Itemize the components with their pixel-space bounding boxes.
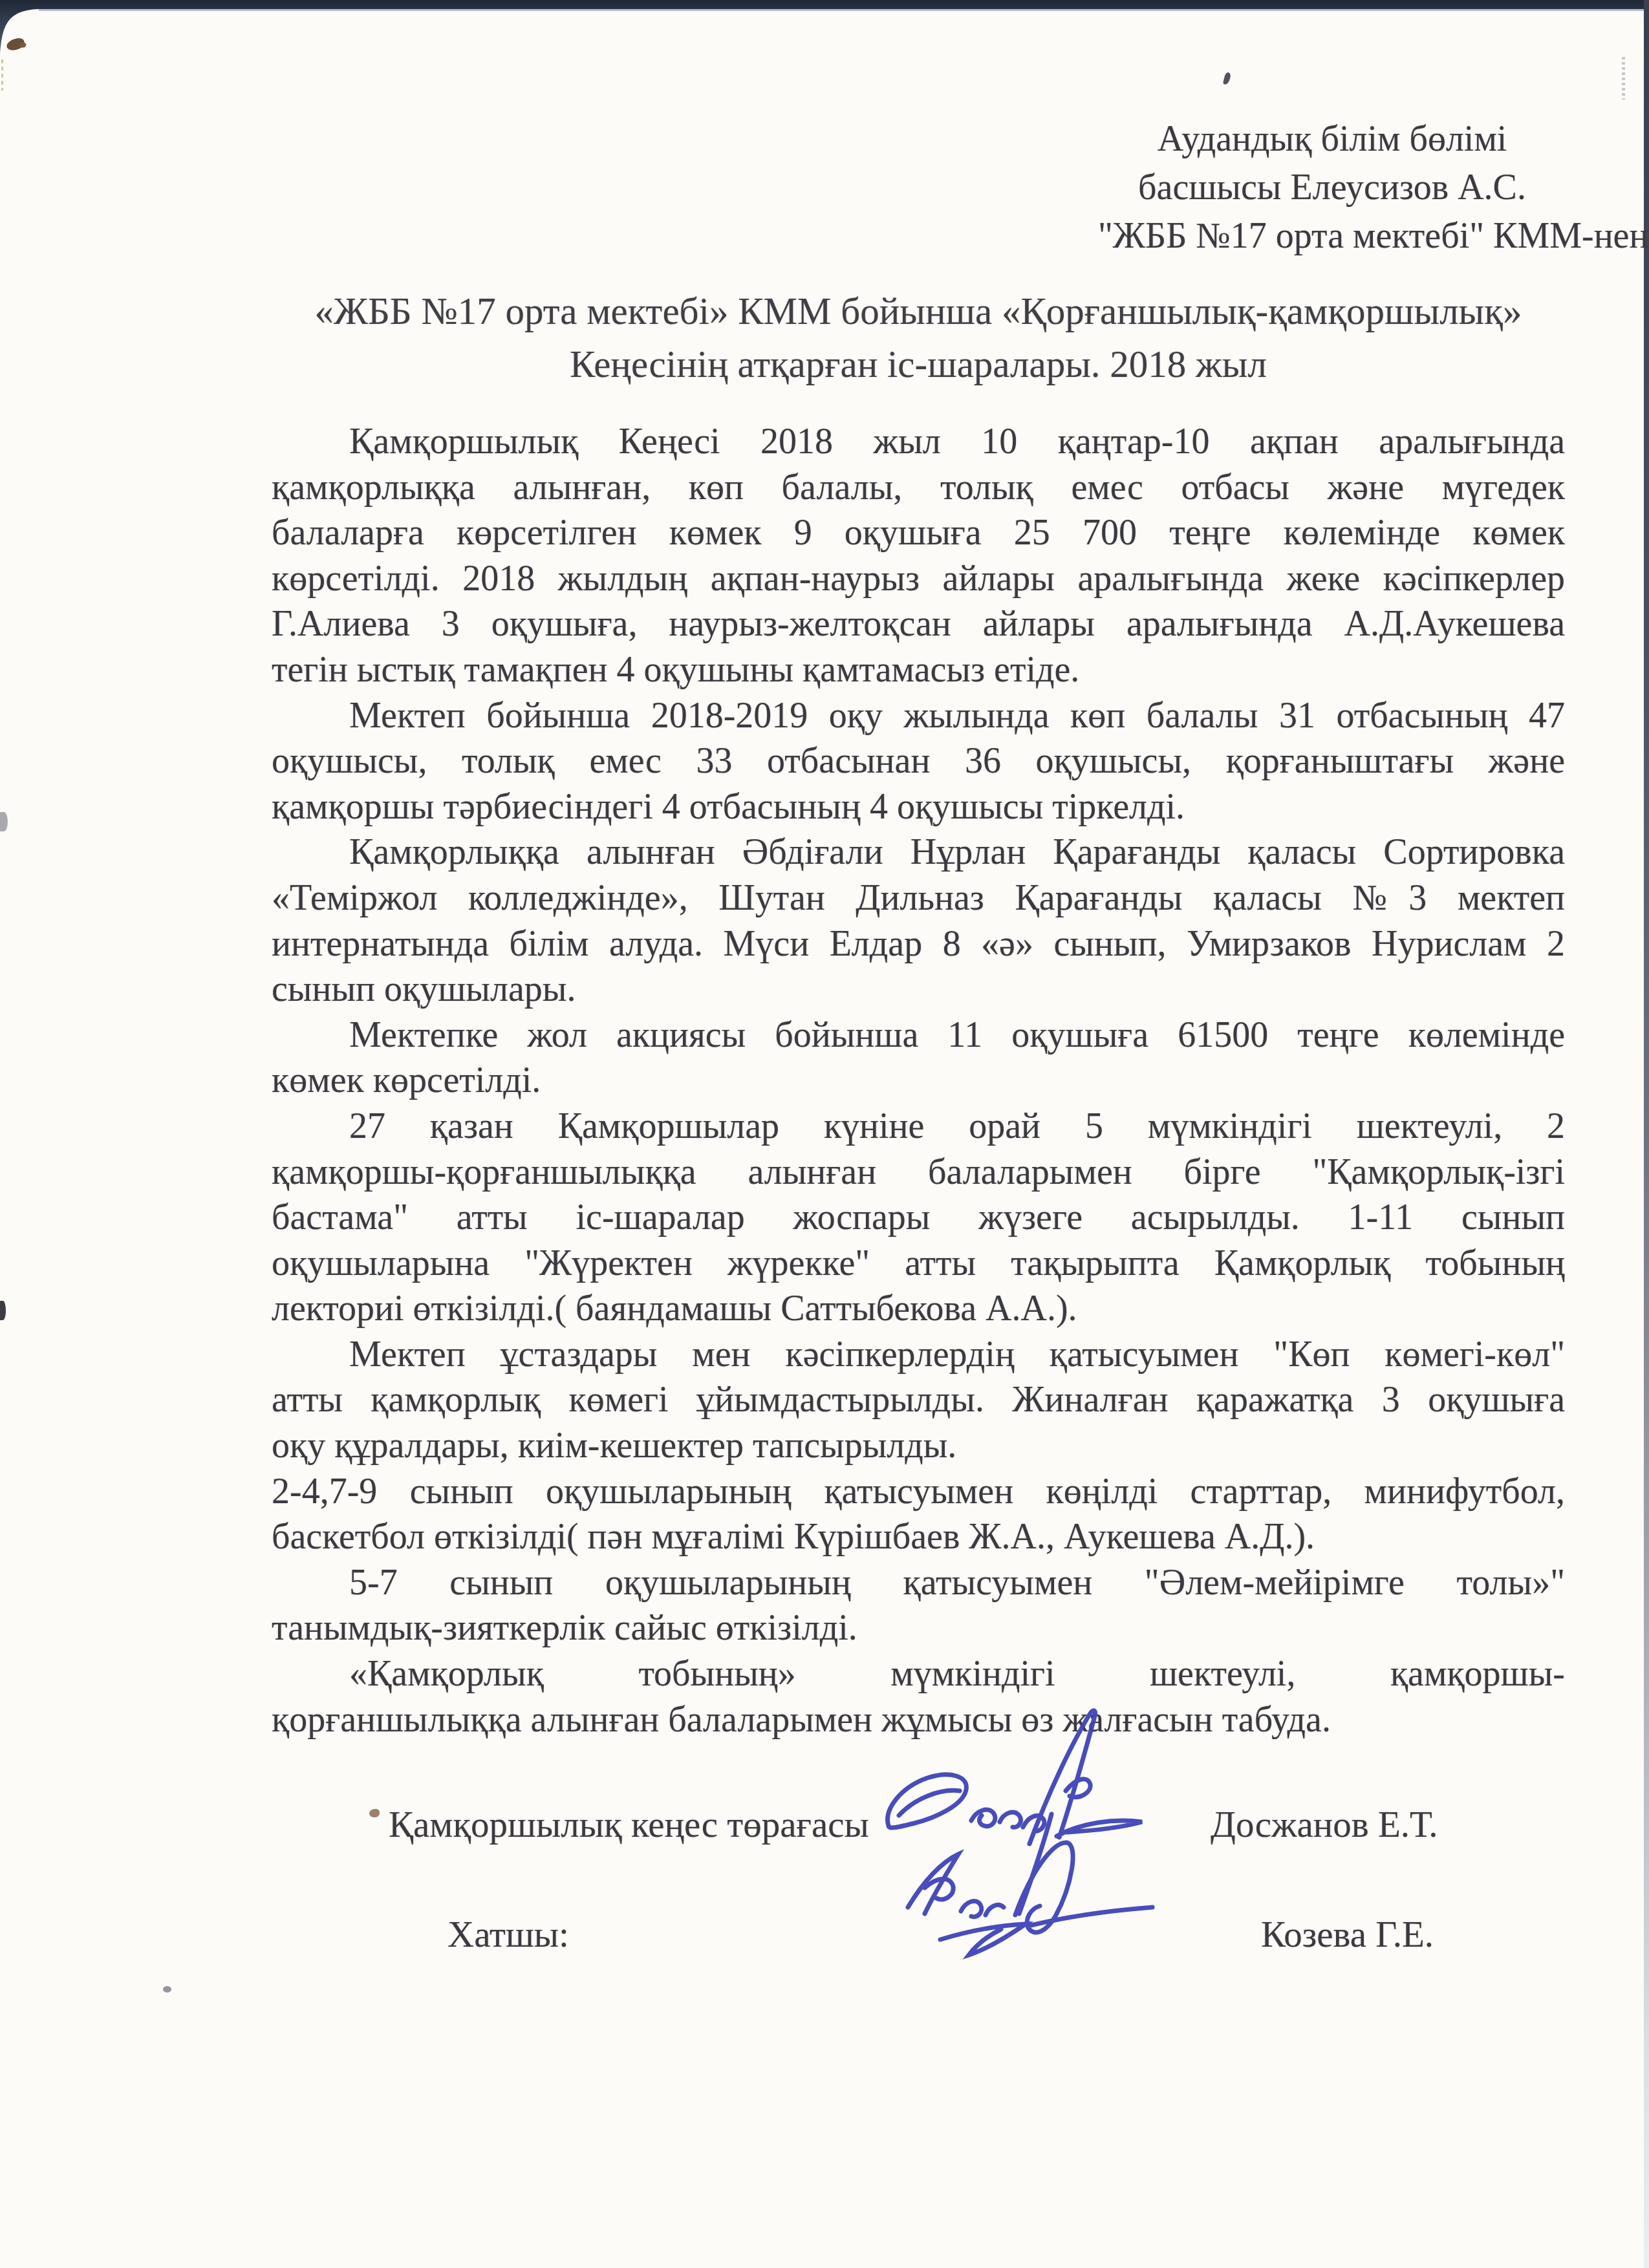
handwritten-signatures-ink xyxy=(860,1694,1158,1998)
body-line: Қамқорлыққа алынған Әбдіғали Нұрлан Қара… xyxy=(272,829,1565,875)
body-line: бастама" атты іс-шаралар жоспары жүзеге … xyxy=(272,1195,1565,1241)
scan-speck xyxy=(163,1986,171,1993)
scan-speck xyxy=(1,59,3,91)
document-body: Қамқоршылық Кеңесі 2018 жыл 10 қаңтар-10… xyxy=(272,419,1565,1742)
scan-speck xyxy=(369,1809,380,1817)
secretary-name: Козева Г.Е. xyxy=(1261,1914,1434,1956)
document-page: Аудандық білім бөлімібасшысы Елеусизов А… xyxy=(0,0,1649,2268)
body-line: баскетбол өткізілді( пән мұғалімі Күрішб… xyxy=(272,1514,1565,1560)
body-line: тегін ыстық тамақпен 4 оқушыны қамтамасы… xyxy=(272,647,1565,693)
chairman-name: Досжанов Е.Т. xyxy=(1211,1804,1438,1846)
scan-speck xyxy=(0,1301,6,1320)
body-line: Мектеп ұстаздары мен кәсіпкерлердің қаты… xyxy=(272,1332,1565,1378)
addressee-line: Аудандық білім бөлімі xyxy=(1098,115,1566,164)
title-line: «ЖББ №17 орта мектебі» КММ бойынша «Қорғ… xyxy=(272,284,1565,337)
body-line: Г.Алиева 3 оқушыға, наурыз-желтоқсан айл… xyxy=(272,601,1565,647)
body-line: Қамқоршылық Кеңесі 2018 жыл 10 қаңтар-10… xyxy=(272,419,1565,465)
secretary-label: Хатшы: xyxy=(447,1914,569,1956)
body-line: оқу құралдары, киім-кешектер тапсырылды. xyxy=(272,1423,1565,1469)
body-line: танымдық-зияткерлік сайыс өткізілді. xyxy=(272,1605,1565,1651)
scan-speck xyxy=(1622,57,1625,100)
body-line: Мектеп бойынша 2018-2019 оқу жылында көп… xyxy=(272,693,1565,739)
body-line: оқушыларына "Жүректен жүрекке" атты тақы… xyxy=(272,1241,1565,1287)
scan-right-edge xyxy=(1644,0,1649,2268)
body-line: көмек көрсетілді. xyxy=(272,1058,1565,1104)
body-line: интернатында білім алуда. Мүси Елдар 8 «… xyxy=(272,921,1565,967)
body-line: сынып оқушылары. xyxy=(272,967,1565,1012)
addressee-line: "ЖББ №17 орта мектебі" КММ-нен xyxy=(1098,212,1566,261)
body-line: атты қамқорлық көмегі ұйымдастырылды. Жи… xyxy=(272,1377,1565,1423)
title-line: Кеңесінің атқарған іс-шаралары. 2018 жыл xyxy=(272,337,1565,390)
addressee-block: Аудандық білім бөлімібасшысы Елеусизов А… xyxy=(1098,115,1566,261)
body-line: 5-7 сынып оқушыларының қатысуымен "Әлем-… xyxy=(272,1560,1565,1606)
scan-speck xyxy=(0,812,8,831)
document-title: «ЖББ №17 орта мектебі» КММ бойынша «Қорғ… xyxy=(272,284,1565,390)
body-line: Мектепке жол акциясы бойынша 11 оқушыға … xyxy=(272,1012,1565,1058)
body-line: балаларға көрсетілген көмек 9 оқушыға 25… xyxy=(272,510,1565,556)
scan-speck xyxy=(1223,72,1231,85)
body-line: көрсетілді. 2018 жылдың ақпан-наурыз айл… xyxy=(272,556,1565,602)
body-line: 2-4,7-9 сынып оқушыларының қатысуымен кө… xyxy=(272,1469,1565,1515)
scan-top-edge xyxy=(0,0,1649,58)
scan-speck xyxy=(6,37,26,51)
body-line: «Қамқорлық тобының» мүмкіндігі шектеулі,… xyxy=(272,1651,1565,1697)
body-line: қамқоршы-қорғаншылыққа алынған балаларым… xyxy=(272,1150,1565,1195)
body-line: «Теміржол колледжінде», Шутан Дильназ Қа… xyxy=(272,875,1565,921)
addressee-line: басшысы Елеусизов А.С. xyxy=(1098,164,1566,212)
body-line: қамқоршы тәрбиесіндегі 4 отбасының 4 оқу… xyxy=(272,784,1565,830)
chairman-label: Қамқоршылық кеңес төрағасы xyxy=(389,1804,869,1846)
body-line: қамқорлыққа алынған, көп балалы, толық е… xyxy=(272,465,1565,511)
body-line: оқушысы, толық емес 33 отбасынан 36 оқуш… xyxy=(272,738,1565,784)
body-line: 27 қазан Қамқоршылар күніне орай 5 мүмкі… xyxy=(272,1104,1565,1150)
body-line: лекториі өткізілді.( баяндамашы Саттыбек… xyxy=(272,1286,1565,1332)
